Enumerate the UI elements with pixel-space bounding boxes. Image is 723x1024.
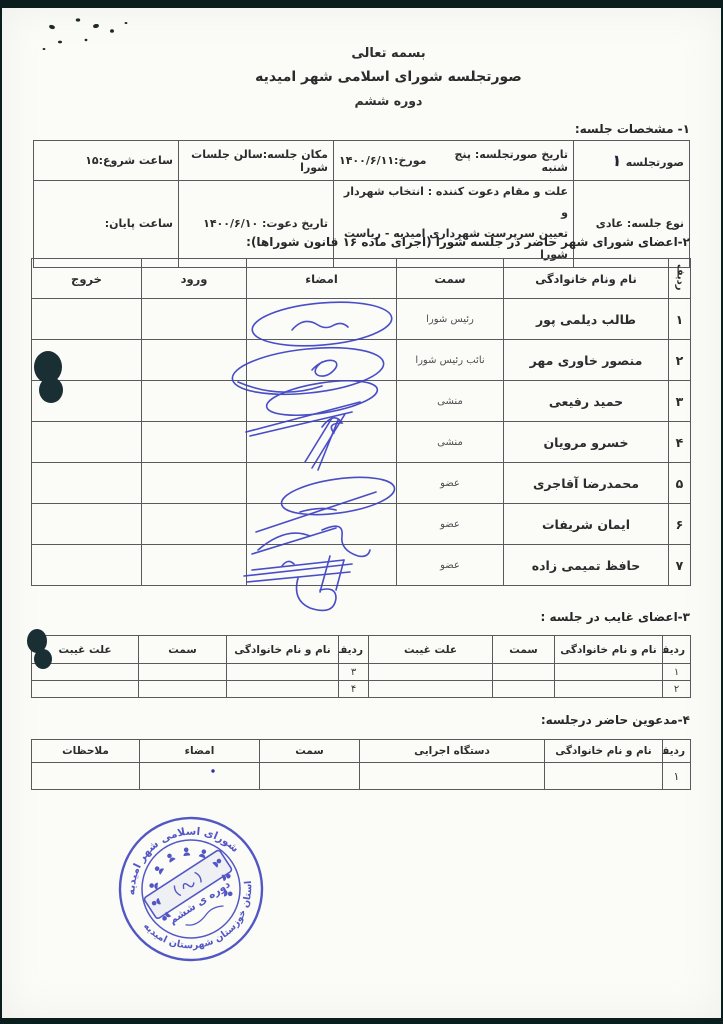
col-header-name: نام و نام خانوادگی: [555, 636, 663, 664]
signature-cell: [247, 504, 397, 545]
member-position: منشی: [397, 381, 504, 422]
section-4-heading: ۴-مدعوین حاضر درجلسه:: [541, 713, 690, 727]
minutes-label: صورتجلسه: [626, 156, 684, 169]
empty-cell: [545, 763, 663, 790]
scanned-page: بسمه تعالی صورتجلسه شورای اسلامی شهر امی…: [0, 0, 723, 1024]
empty-cell: [555, 681, 663, 698]
section-2-heading: ۲-اعضای شورای شهر حاضر در جلسه شورا (اجر…: [246, 235, 690, 249]
page-title: صورتجلسه شورای اسلامی شهر امیدیه: [27, 70, 723, 85]
meeting-type-cell: نوع جلسه: عادی: [574, 181, 690, 268]
col-header-absence-reason: علت غیبت: [32, 636, 139, 664]
document-header: بسمه تعالی صورتجلسه شورای اسلامی شهر امی…: [27, 47, 723, 107]
empty-cell: [360, 763, 545, 790]
end-time-cell: ساعت پایان:: [34, 181, 179, 268]
exit-cell: [32, 299, 142, 340]
minutes-date-cell: تاریخ صورتجلسه: پنج شنبه مورخ:۱۴۰۰/۶/۱۱: [334, 141, 574, 181]
empty-cell: [227, 664, 339, 681]
member-name: طالب دیلمی پور: [504, 299, 669, 340]
empty-cell: [32, 681, 139, 698]
invite-reason-line1: علت و مقام دعوت کننده : انتخاب شهردار و: [339, 182, 568, 224]
empty-cell: [227, 681, 339, 698]
exit-cell: [32, 340, 142, 381]
empty-cell: [493, 664, 555, 681]
invitee-row: ۱: [32, 763, 691, 790]
row-number: ۴: [669, 422, 691, 463]
empty-cell: [369, 681, 493, 698]
empty-cell: [32, 763, 140, 790]
entry-cell: [142, 340, 247, 381]
signature-cell: [247, 340, 397, 381]
col-header-absence-reason: علت غیبت: [369, 636, 493, 664]
exit-cell: [32, 422, 142, 463]
col-header-entry: ورود: [142, 259, 247, 299]
location-cell: مکان جلسه:سالن جلسات شورا: [179, 141, 334, 181]
col-header-row-no: ردیف: [339, 636, 369, 664]
minutes-number-cell: صورتجلسه ۱: [574, 141, 690, 181]
absent-members-table: ردیف نام و نام خانوادگی سمت علت غیبت ردی…: [31, 635, 691, 698]
member-row: ۵ محمدرضا آقاجری عضو: [32, 463, 691, 504]
empty-cell: [32, 664, 139, 681]
member-position: عضو: [397, 463, 504, 504]
col-header-name: نام و نام خانوادگی: [545, 740, 663, 763]
member-row: ۲ منصور خاوری مهر نائب رئیس شورا: [32, 340, 691, 381]
row-number: ۳: [339, 664, 369, 681]
term-line: دوره ششم: [27, 94, 723, 108]
empty-cell: [260, 763, 360, 790]
row-number: ۶: [669, 504, 691, 545]
member-position: عضو: [397, 504, 504, 545]
empty-cell: [139, 681, 227, 698]
invite-date-cell: تاریخ دعوت: ۱۴۰۰/۶/۱۰: [179, 181, 334, 268]
empty-cell: [493, 681, 555, 698]
signature-cell: [247, 381, 397, 422]
col-header-remarks: ملاحظات: [32, 740, 140, 763]
absent-row: ۱ ۳: [32, 664, 691, 681]
empty-cell: [139, 664, 227, 681]
exit-cell: [32, 545, 142, 586]
entry-cell: [142, 463, 247, 504]
member-position: عضو: [397, 545, 504, 586]
signature-cell: [247, 422, 397, 463]
invite-reason-cell: علت و مقام دعوت کننده : انتخاب شهردار و …: [334, 181, 574, 268]
member-row: ۴ خسرو مرویان منشی: [32, 422, 691, 463]
bismillah-line: بسمه تعالی: [27, 47, 723, 61]
exit-cell: [32, 504, 142, 545]
entry-cell: [142, 504, 247, 545]
row-number: ۷: [669, 545, 691, 586]
member-name: محمدرضا آقاجری: [504, 463, 669, 504]
col-header-name: نام ونام خانوادگی: [504, 259, 669, 299]
section-1-heading: ۱- مشخصات جلسه:: [575, 122, 690, 136]
row-number: ۵: [669, 463, 691, 504]
member-row: ۳ حمید رفیعی منشی: [32, 381, 691, 422]
entry-cell: [142, 545, 247, 586]
empty-cell: [140, 763, 260, 790]
row-number: ۱: [669, 299, 691, 340]
signature-cell: [247, 545, 397, 586]
entry-cell: [142, 381, 247, 422]
exit-cell: [32, 381, 142, 422]
col-header-row-no: ردیف: [663, 636, 691, 664]
col-header-position: سمت: [260, 740, 360, 763]
col-header-exit: خروج: [32, 259, 142, 299]
section-3-heading: ۳-اعضای غایب در جلسه :: [541, 610, 690, 624]
member-row: ۷ حافظ تمیمی زاده عضو: [32, 545, 691, 586]
signature-cell: [247, 299, 397, 340]
member-position: رئیس شورا: [397, 299, 504, 340]
minutes-date-label: تاریخ صورتجلسه: پنج شنبه: [426, 148, 568, 174]
row-number: ۱: [663, 763, 691, 790]
absent-row: ۲ ۴: [32, 681, 691, 698]
col-header-name: نام و نام خانوادگی: [227, 636, 339, 664]
empty-cell: [369, 664, 493, 681]
minutes-date-value: مورخ:۱۴۰۰/۶/۱۱: [339, 154, 426, 167]
row-number: ۲: [663, 681, 691, 698]
member-name: حمید رفیعی: [504, 381, 669, 422]
member-name: حافظ تمیمی زاده: [504, 545, 669, 586]
col-header-position: سمت: [397, 259, 504, 299]
member-position: نائب رئیس شورا: [397, 340, 504, 381]
col-header-signature: امضاء: [247, 259, 397, 299]
row-number: ۳: [669, 381, 691, 422]
signature-cell: [247, 463, 397, 504]
member-name: منصور خاوری مهر: [504, 340, 669, 381]
row-number: ۱: [663, 664, 691, 681]
member-position: منشی: [397, 422, 504, 463]
col-header-position: سمت: [139, 636, 227, 664]
col-header-signature: امضاء: [140, 740, 260, 763]
entry-cell: [142, 299, 247, 340]
exit-cell: [32, 463, 142, 504]
member-name: خسرو مرویان: [504, 422, 669, 463]
start-time-cell: ساعت شروع:۱۵: [34, 141, 179, 181]
handwritten-minutes-number: ۱: [611, 150, 623, 170]
present-members-table: ردیف نام ونام خانوادگی سمت امضاء ورود خر…: [31, 258, 691, 586]
member-row: ۱ طالب دیلمی پور رئیس شورا: [32, 299, 691, 340]
row-number: ۲: [669, 340, 691, 381]
entry-cell: [142, 422, 247, 463]
empty-cell: [555, 664, 663, 681]
col-header-position: سمت: [493, 636, 555, 664]
row-number: ۴: [339, 681, 369, 698]
member-name: ایمان شریفات: [504, 504, 669, 545]
invitees-table: ردیف نام و نام خانوادگی دستگاه اجرایی سم…: [31, 739, 691, 790]
member-row: ۶ ایمان شریفات عضو: [32, 504, 691, 545]
col-header-agency: دستگاه اجرایی: [360, 740, 545, 763]
col-header-row-no: ردیف: [663, 740, 691, 763]
col-header-row-no: ردیف: [669, 259, 691, 299]
